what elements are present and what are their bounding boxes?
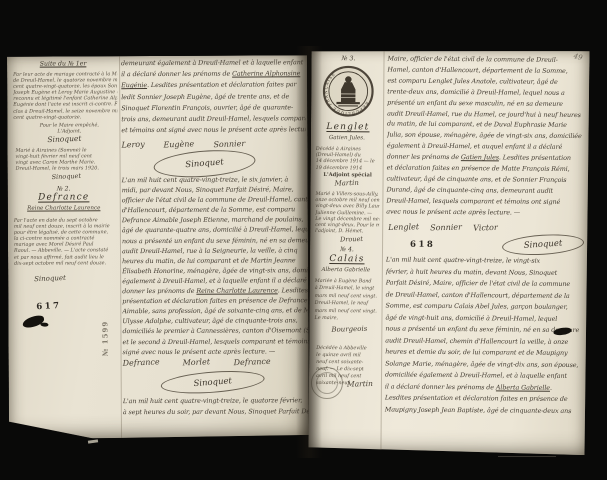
act-text-line: L'an mil huit cent quatre-vingt-treize, … [386,255,584,268]
act1-witness-signatures: LeroyEugèneSonnier [121,140,245,150]
act3-opening-text: L'an mil huit cent quatre-vingt-treize, … [123,395,309,418]
binding-gutter [296,46,322,458]
marriage-note-signature-right: Drouet [340,235,363,244]
legitimation-margin-note: Par leur acte de mariage contracté à la … [13,71,117,120]
page-corner-sliver [88,439,98,443]
act-text-line: Somme, est comparu Calais Abel Jules, ga… [386,301,584,314]
death-note-signature: Martin [334,179,358,188]
act-text-line: il a déclaré donner les prénoms de Cathe… [121,68,305,80]
act2-mayor-signature-oval: Sinoquet [160,368,265,397]
act1-continuation-text: demeurant également à Dreuil-Hamel et à … [121,57,305,136]
act3-given-names: Gatien Jules. [313,135,381,142]
act3-marriage-margin-note: Marié à Villers-sous-Ailly, leonze octob… [315,191,379,235]
act-text-line: Sinoquet Florentin François, ouvrier, âg… [121,102,305,114]
act-text-line: et le second à Dreuil-Hamel, lesquels co… [122,336,308,347]
margin-note-line: Dreuil-Hamel, le trois mars 1920. [16,165,118,172]
margin-note-line: 19 décembre 1914 [316,165,380,172]
act-text-line: nous a présenté un enfant du sexe fémini… [122,235,308,246]
witness-signature: Sonnier [214,139,246,149]
collation-number-617: 617 [36,301,62,312]
margin-note-line: Dreuil-Hamel, le neuf [315,300,379,308]
act4-death-note-signature: Martin [347,379,373,389]
film-scratch [498,456,556,457]
witness-signature: Eugène [164,139,195,149]
act2-text: L'an mil huit cent quatre-vingt-treize, … [122,174,309,357]
act-text-line: Eugénie. Lesdites présentation et déclar… [121,80,305,92]
act3-surname: Lenglet [315,122,381,133]
act3-number: № 3. [317,55,379,62]
act4-marriage-margin-note: Mariée à Eugène Bandà Dreuil-Hamel, le v… [314,278,378,323]
act-text-line: domiciliés le premier à Cannessières, ca… [122,326,308,337]
act-text-line: avec nous le présent acte après lecture.… [386,206,582,218]
act3-death-margin-note: Décédé à Airaines(Dreuil-Hamel) du14 déc… [316,146,380,171]
marriage-note-signature: Sinoquet [51,172,81,181]
mayor-signature: Sinoquet [185,157,224,170]
act2-marriage-margin-note: Par l'acte en date du sept octobremil ne… [14,217,118,266]
act-text-line: signé avec nous le présent acte après le… [123,346,309,357]
act-text-line: trois ans, demeurant audit Dreuil-Hamel,… [121,113,305,125]
mayor-signature: Sinoquet [193,376,232,389]
margin-note-line: dix-sept octobre mil neuf cent douze. [14,260,118,267]
witness-signature: Sonnier [430,223,462,233]
margin-note-line: clos à Dreuil-Hamel, le seize novembre m… [13,108,117,115]
witness-signature: Lenglet [388,222,419,232]
act-text-line: Parfait Désiré, Maire, officier de l'éta… [386,278,584,291]
act4-surname: Calais [314,254,380,265]
act2-marriage-note-signature: Sinoquet [34,274,66,283]
register-scan-photo: Suite du № 1er Par leur acte de mariage … [0,0,607,480]
witness-signature: Morlet [183,357,211,367]
mayor-signature: Sinoquet [524,239,563,251]
act3-text: Maire, officier de l'état civil de la co… [386,54,583,219]
left-page: Suite du № 1er Par leur acte de mariage … [7,55,309,439]
act-text-line: audit Dreuil-Hamel, rue à la Seigneurie,… [122,245,308,256]
adjoint-special-title: L'Adjoint spécial [315,172,381,179]
act2-witness-signatures: DefranceMorletDefrance [123,357,271,367]
act-text-line: Lesdites présentation et déclaration fai… [385,393,583,406]
act4-given-names: Alberta Gabrielle [312,267,380,274]
act2-surname: Defrance [14,192,114,203]
act4-text: L'an mil huit cent quatre-vingt-treize, … [385,255,584,418]
ink-blot-small [40,322,49,327]
act3-witness-signatures: LengletSonnierVictor [388,223,498,233]
continuation-header: Suite du № 1er [13,60,113,68]
act-text-line: et témoins ont signé avec nous le présen… [121,124,305,136]
marriage-margin-note: Marié à Airaines (Somme) levingt-huit fé… [15,147,117,172]
legitimation-note-signature: Sinoquet [47,134,81,144]
act3-mayor-signature-oval: Sinoquet [502,232,585,257]
act-text-line: présenté un enfant du sexe masculin, né … [387,97,583,109]
revenue-stamp-seal: RÉPUBLIQUE FRANÇAISE [321,64,375,118]
act-text-line: demeurant également à Dreuil-Hamel et à … [121,57,305,69]
witness-signature: Leroy [121,140,145,150]
archive-number-stamp: № 1599 [100,321,109,357]
margin-note-line: cent quatre-vingt-quatorze. [13,114,117,121]
act-text-line: heures et demie du soir, de lui comparan… [385,347,583,360]
act-text-line: âgé de quarante-quatre ans, domicilié à … [122,225,308,236]
margin-note-line: l'adjoint, D. Hémet. [315,228,379,235]
act2-given-names: Reine Charlotte Laurence [10,205,118,212]
act4-number: № 4. [316,246,378,253]
witness-signature: Victor [474,223,499,233]
witness-signature: Defrance [233,357,270,367]
witness-signature: Defrance [122,357,159,367]
act-text-line: à sept heures du soir, par devant Nous, … [123,406,309,418]
act4-marriage-note-signature: Bourgeois [331,325,367,334]
act-text-line: ledit Sonnier Joseph Eugène, âgé de tren… [121,91,305,103]
collation-number-618: 618 [410,240,435,250]
right-page: 49 № 3. RÉPUBLIQUE FRANÇAISE Lenglet Gat… [308,49,589,455]
act-text-line: Maupigny Joseph Jean Baptiste, âgé de ci… [385,404,583,417]
act-text-line: domiciliée également à Dreuil-Hamel, et … [385,370,583,383]
margin-note-line: Le maire, [314,315,378,323]
